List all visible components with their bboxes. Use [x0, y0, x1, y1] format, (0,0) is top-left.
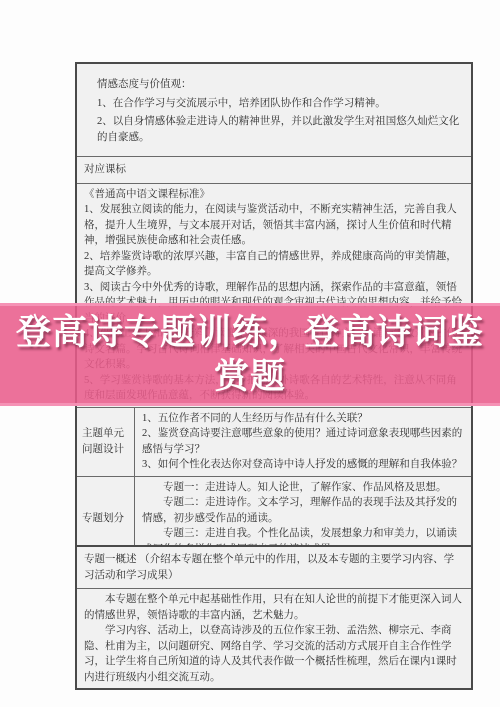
banner-title-line-1: 登高诗专题训练，登高诗词鉴: [16, 311, 484, 355]
goal-item: 2、以自身情感体验走进诗人的精神世界，并以此激发学生对祖国悠久灿烂文化的自豪感。: [97, 114, 464, 145]
topic-item: 专题二：走进诗作。文本学习，理解作品的表现手法及其抒发的情感，初步感受作品的通读…: [142, 495, 464, 526]
unit-questions-label: 主题单元问题设计: [77, 408, 135, 476]
unit-question: 2、鉴赏登高诗要注意哪些意象的使用？通过诗词意象表现哪些因素的感悟与学习？: [142, 426, 464, 457]
unit-questions-cell: 1、五位作者不同的人生经历与作品有什么关联？ 2、鉴赏登高诗要注意哪些意象的使用…: [135, 408, 471, 476]
banner-title-line-2: 赏题: [214, 355, 286, 399]
overview-paragraph: 学习内容、活动上，以登高诗涉及的五位作家王勃、孟浩然、柳宗元、李商隐、杜甫为主，…: [84, 623, 464, 685]
emotional-goals-row: 情感态度与价值观： 1、在合作学习与交流展示中，培养团队协作和合作学习精神。 2…: [77, 64, 471, 157]
overview-body-cell: 本专题在整个单元中起基础性作用，只有在知人论世的前提下才能更深入词人的情感世界，…: [77, 589, 471, 688]
overview-header-row: 专题一概述 （介绍本专题在整个单元中的作用，以及本专题的主要学习内容、学习活动和…: [77, 547, 471, 589]
goal-item: 1、在合作学习与交流展示中，培养团队协作和合作学习精神。: [97, 96, 464, 112]
curriculum-label: 对应课标: [77, 157, 471, 183]
unit-question: 3、如何个性化表达你对登高诗中诗人抒发的感慨的理解和自我体验？: [142, 457, 464, 473]
topic-overview-table: 专题一概述 （介绍本专题在整个单元中的作用，以及本专题的主要学习内容、学习活动和…: [75, 545, 473, 690]
overview-header-note: （介绍本专题在整个单元中的作用，以及本专题的主要学习内容、学习活动和学习成果）: [84, 554, 454, 581]
overview-body-row: 本专题在整个单元中起基础性作用，只有在知人论世的前提下才能更深入词人的情感世界，…: [77, 589, 471, 688]
overview-paragraph: 本专题在整个单元中起基础性作用，只有在知人论世的前提下才能更深入词人的情感世界，…: [84, 592, 464, 623]
unit-question: 1、五位作者不同的人生经历与作品有什么关联？: [142, 411, 464, 427]
unit-questions-row: 主题单元问题设计 1、五位作者不同的人生经历与作品有什么关联？ 2、鉴赏登高诗要…: [77, 408, 471, 477]
curriculum-label-row: 对应课标: [77, 157, 471, 184]
topic-item: 专题一：走进诗人。知人论世，了解作家、作品风格及思想。: [142, 480, 464, 496]
goals-heading: 情感态度与价值观：: [97, 77, 464, 93]
title-overlay-banner: 登高诗专题训练，登高诗词鉴 赏题: [0, 303, 500, 406]
curriculum-item: 2、培养鉴赏诗歌的浓厚兴趣，丰富自己的情感世界，养成健康高尚的审美情趣，提高文学…: [84, 249, 464, 280]
overview-header-label: 专题一概述: [84, 554, 137, 565]
overview-header-cell: 专题一概述 （介绍本专题在整个单元中的作用，以及本专题的主要学习内容、学习活动和…: [77, 547, 471, 588]
emotional-goals-cell: 情感态度与价值观： 1、在合作学习与交流展示中，培养团队协作和合作学习精神。 2…: [77, 64, 471, 156]
curriculum-item: 1、发展独立阅读的能力，在阅读与鉴赏活动中，不断充实精神生活，完善自我人格，提升…: [84, 202, 464, 249]
curriculum-title: 《普通高中语文课程标准》: [84, 187, 464, 203]
